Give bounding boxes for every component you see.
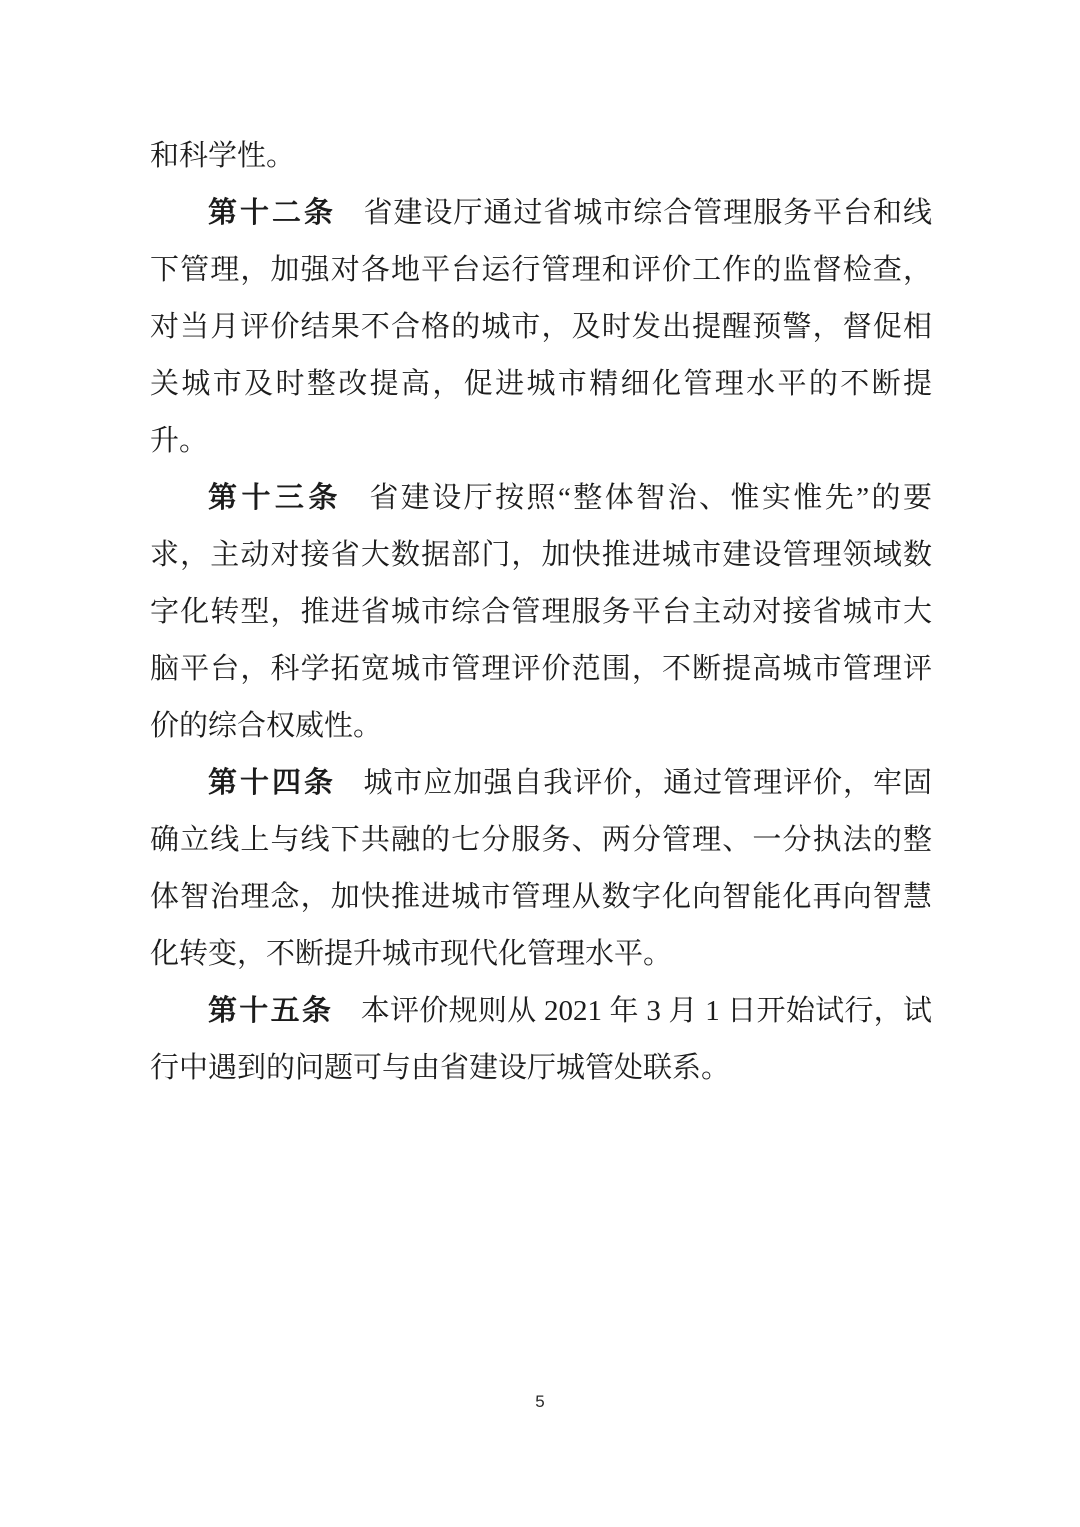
paragraph-text: 省建设厅通过省城市综合管理服务平台和线下管理，加强对各地平台运行管理和评价工作的…	[150, 197, 932, 457]
paragraph: 和科学性。	[150, 128, 932, 185]
article-number: 第十二条	[208, 197, 336, 229]
article-number: 第十三条	[208, 482, 342, 514]
document-body: 和科学性。第十二条省建设厅通过省城市综合管理服务平台和线下管理，加强对各地平台运…	[150, 128, 932, 1097]
paragraph: 第十二条省建设厅通过省城市综合管理服务平台和线下管理，加强对各地平台运行管理和评…	[150, 185, 932, 470]
paragraph: 第十五条本评价规则从 2021 年 3 月 1 日开始试行，试行中遇到的问题可与…	[150, 983, 932, 1097]
article-number: 第十五条	[208, 995, 333, 1027]
paragraph: 第十三条省建设厅按照“整体智治、惟实惟先”的要求，主动对接省大数据部门，加快推进…	[150, 470, 932, 755]
paragraph: 第十四条城市应加强自我评价，通过管理评价，牢固确立线上与线下共融的七分服务、两分…	[150, 755, 932, 983]
article-number: 第十四条	[208, 767, 336, 799]
document-page: 和科学性。第十二条省建设厅通过省城市综合管理服务平台和线下管理，加强对各地平台运…	[0, 0, 1080, 1527]
paragraph-text: 省建设厅按照“整体智治、惟实惟先”的要求，主动对接省大数据部门，加快推进城市建设…	[150, 482, 932, 742]
page-number: 5	[0, 1392, 1080, 1412]
paragraph-text: 和科学性。	[150, 140, 295, 172]
